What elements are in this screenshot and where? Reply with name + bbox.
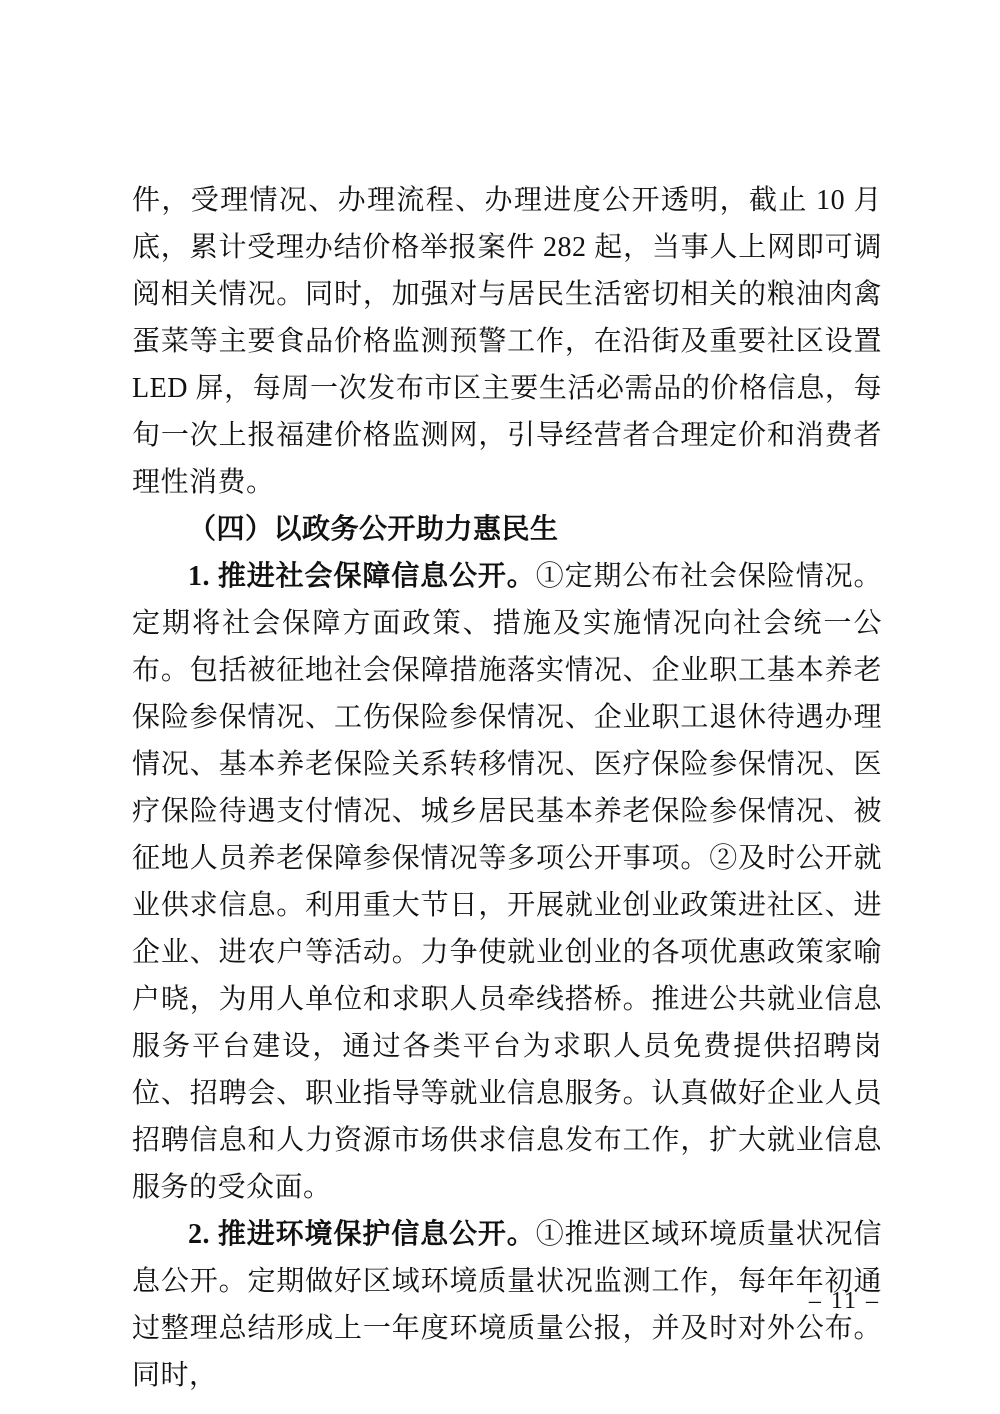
paragraph-1-text: ①定期公布社会保险情况。定期将社会保障方面政策、措施及实施情况向社会统一公布。包… bbox=[132, 561, 882, 1203]
document-page: 件，受理情况、办理流程、办理进度公开透明，截止 10 月底，累计受理办结价格举报… bbox=[0, 0, 1000, 1414]
paragraph-2-bold-lead: 2. 推进环境保护信息公开。 bbox=[188, 1219, 536, 1250]
paragraph-environment-info: 2. 推进环境保护信息公开。①推进区域环境质量状况信息公开。定期做好区域环境质量… bbox=[132, 1211, 882, 1399]
section-heading-4: （四）以政务公开助力惠民生 bbox=[132, 506, 882, 553]
document-body: 件，受理情况、办理流程、办理进度公开透明，截止 10 月底，累计受理办结价格举报… bbox=[132, 177, 882, 1399]
paragraph-1-bold-lead: 1. 推进社会保障信息公开。 bbox=[188, 561, 536, 592]
page-number: – 11 – bbox=[809, 1286, 880, 1316]
paragraph-price-supervision-continuation: 件，受理情况、办理流程、办理进度公开透明，截止 10 月底，累计受理办结价格举报… bbox=[132, 177, 882, 506]
paragraph-social-security-info: 1. 推进社会保障信息公开。①定期公布社会保险情况。定期将社会保障方面政策、措施… bbox=[132, 553, 882, 1211]
